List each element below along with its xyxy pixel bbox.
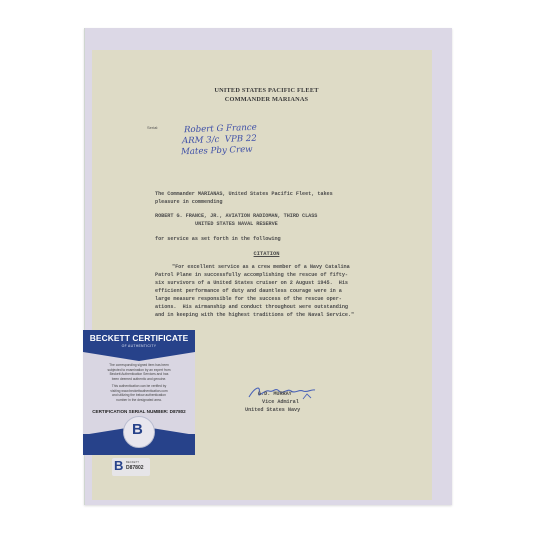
beckett-sticker-logo-icon: B: [114, 458, 123, 473]
intro-line-1: The Commander MARIANAS, United States Pa…: [155, 191, 333, 199]
header-line-1: UNITED STATES PACIFIC FLEET: [0, 87, 533, 94]
signer-name: G.D. MURRAY: [258, 391, 292, 399]
beckett-verify-line: number in the designated area.: [91, 398, 187, 403]
serial-label: Serial:: [147, 125, 158, 130]
citation-line: large measure responsible for the succes…: [155, 296, 342, 304]
beckett-banner-chevron: [83, 352, 195, 361]
header-line-2: COMMANDER MARIANAS: [0, 96, 533, 103]
citation-line: Patrol Plane in successfully accomplishi…: [155, 272, 348, 280]
service-line: for service as set forth in the followin…: [155, 236, 281, 244]
citation-line: "For excellent service as a crew member …: [172, 264, 350, 272]
beckett-subtitle: OF AUTHENTICITY: [83, 344, 195, 348]
signer-service: United States Navy: [245, 407, 300, 415]
beckett-title: BECKETT CERTIFICATE: [83, 333, 195, 343]
beckett-certificate-card: BECKETT CERTIFICATE OF AUTHENTICITY The …: [83, 330, 195, 455]
recipient-line-1: ROBERT G. FRANCE, JR., AVIATION RADIOMAN…: [155, 213, 317, 221]
beckett-logo-icon: B: [132, 421, 143, 438]
beckett-body-line: been deemed authentic and genuine.: [91, 377, 187, 382]
citation-line: efficient performance of duty and dauntl…: [155, 288, 342, 296]
citation-line: and in keeping with the highest traditio…: [155, 312, 354, 320]
recipient-line-2: UNITED STATES NAVAL RESERVE: [195, 221, 278, 229]
intro-line-2: pleasure in commending: [155, 199, 222, 207]
citation-line: ations. His airmanship and conduct throu…: [155, 304, 348, 312]
signer-title: Vice Admiral: [262, 399, 299, 407]
citation-title: CITATION: [0, 251, 533, 257]
citation-line: six survivors of a United States cruiser…: [155, 280, 348, 288]
beckett-serial-number: CERTIFICATION SERIAL NUMBER: D87802: [83, 409, 195, 414]
beckett-sticker-number: D87802: [126, 465, 144, 471]
